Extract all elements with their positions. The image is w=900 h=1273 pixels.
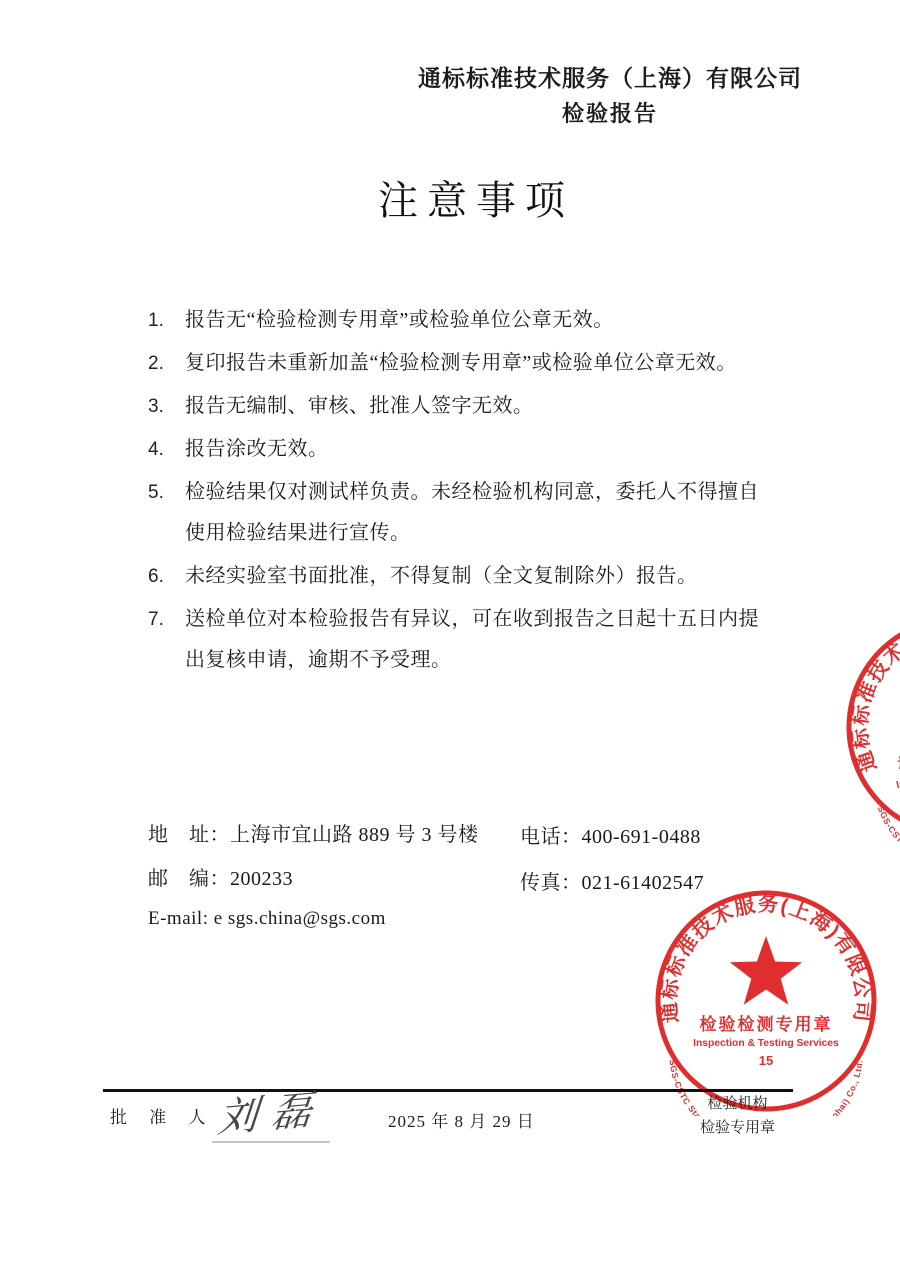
notice-line: 报告涂改无效。: [185, 429, 793, 470]
phone-label: 电话：: [520, 826, 582, 848]
notice-text: 报告无“检验检测专用章”或检验单位公章无效。: [185, 300, 793, 341]
org-stamp-label: 检验机构 检验专用章: [665, 1092, 810, 1140]
email-row: E-mail: e sgs.china@sgs.com: [148, 908, 386, 930]
address-row: 地 址：上海市宜山路 889 号 3 号楼: [148, 818, 479, 847]
notice-line: 出复核申请，逾期不予受理。: [185, 640, 793, 681]
notice-number: 1.: [148, 300, 185, 341]
notice-number: 3.: [148, 386, 185, 427]
star-icon: [730, 936, 802, 1005]
seal-center-cn: 检验检测专用章: [896, 724, 900, 776]
notice-line: 复印报告未重新加盖“检验检测专用章”或检验单位公章无效。: [185, 343, 793, 384]
company-seal-main: 通标标准技术服务(上海)有限公司 SGS-CSTC Standards Tech…: [651, 886, 881, 1116]
seal-center-cn: 检验检测专用章: [700, 1014, 833, 1034]
notice-item-7: 7. 送检单位对本检验报告有异议，可在收到报告之日起十五日内提出复核申请，逾期不…: [148, 599, 793, 681]
seal-number: 15: [759, 1053, 773, 1068]
svg-text:通标标准技术服务(上海)有限公司: 通标标准技术服务(上海)有限公司: [824, 595, 900, 776]
seal-ring-en: SGS-CSTC Standards Technical Services (S…: [875, 759, 900, 866]
notice-number: 5.: [148, 472, 185, 554]
report-date: 2025 年 8 月 29 日: [388, 1107, 535, 1132]
notice-text: 复印报告未重新加盖“检验检测专用章”或检验单位公章无效。: [185, 343, 793, 384]
seal-center-en: Inspection & Testing Services: [693, 1038, 839, 1049]
notice-line: 未经实验室书面批准，不得复制（全文复制除外）报告。: [185, 556, 793, 597]
fax-label: 传真：: [520, 872, 582, 894]
zip-value: 200233: [230, 868, 293, 890]
notice-text: 报告无编制、审核、批准人签字无效。: [185, 386, 793, 427]
approver-signature: 刘磊: [216, 1077, 329, 1144]
notice-line: 报告无“检验检测专用章”或检验单位公章无效。: [185, 300, 793, 341]
address-value: 上海市宜山路 889 号 3 号楼: [230, 824, 479, 846]
company-seal-partial: 通标标准技术服务(上海)有限公司 SGS-CSTC Standards Tech…: [818, 588, 900, 867]
page-title: 注意事项: [378, 169, 574, 226]
seal-ring-cn: 通标标准技术服务(上海)有限公司: [824, 595, 900, 776]
address-label: 地 址：: [148, 824, 230, 846]
notice-item-6: 6. 未经实验室书面批准，不得复制（全文复制除外）报告。: [148, 556, 793, 597]
notice-text: 报告涂改无效。: [185, 429, 793, 470]
signature-underline: [212, 1141, 330, 1143]
approver-label: 批 准 人: [110, 1103, 215, 1128]
email-value: e sgs.china@sgs.com: [214, 908, 386, 929]
notice-text: 送检单位对本检验报告有异议，可在收到报告之日起十五日内提出复核申请，逾期不予受理…: [185, 599, 793, 681]
notice-item-5: 5. 检验结果仅对测试样负责。未经检验机构同意，委托人不得擅自使用检验结果进行宣…: [148, 472, 793, 554]
zip-label: 邮 编：: [148, 868, 230, 890]
notice-item-2: 2. 复印报告未重新加盖“检验检测专用章”或检验单位公章无效。: [148, 343, 793, 384]
notice-line: 检验结果仅对测试样负责。未经检验机构同意，委托人不得擅自: [185, 472, 793, 513]
notice-number: 4.: [148, 429, 185, 470]
header-doc-type: 检验报告: [310, 97, 900, 128]
notice-line: 报告无编制、审核、批准人签字无效。: [185, 386, 793, 427]
notice-text: 未经实验室书面批准，不得复制（全文复制除外）报告。: [185, 556, 793, 597]
notice-number: 6.: [148, 556, 185, 597]
notice-number: 7.: [148, 599, 185, 681]
org-stamp-label-line2: 检验专用章: [665, 1116, 810, 1140]
header-company-name: 通标标准技术服务（上海）有限公司: [310, 60, 900, 93]
notice-line: 使用检验结果进行宣传。: [185, 513, 793, 554]
notice-number: 2.: [148, 343, 185, 384]
zip-row: 邮 编：200233: [148, 862, 293, 891]
phone-row: 电话：400-691-0488: [520, 820, 701, 849]
notice-item-3: 3. 报告无编制、审核、批准人签字无效。: [148, 386, 793, 427]
notice-item-4: 4. 报告涂改无效。: [148, 429, 793, 470]
notice-item-1: 1. 报告无“检验检测专用章”或检验单位公章无效。: [148, 300, 793, 341]
notice-text: 检验结果仅对测试样负责。未经检验机构同意，委托人不得擅自使用检验结果进行宣传。: [185, 472, 793, 554]
notice-list: 1. 报告无“检验检测专用章”或检验单位公章无效。 2. 复印报告未重新加盖“检…: [148, 300, 793, 683]
phone-value: 400-691-0488: [582, 826, 701, 848]
org-stamp-label-line1: 检验机构: [665, 1092, 810, 1116]
email-label: E-mail:: [148, 908, 208, 929]
notice-line: 送检单位对本检验报告有异议，可在收到报告之日起十五日内提: [185, 599, 793, 640]
svg-text:SGS-CSTC Standards Technical S: SGS-CSTC Standards Technical Services (S…: [875, 759, 900, 866]
